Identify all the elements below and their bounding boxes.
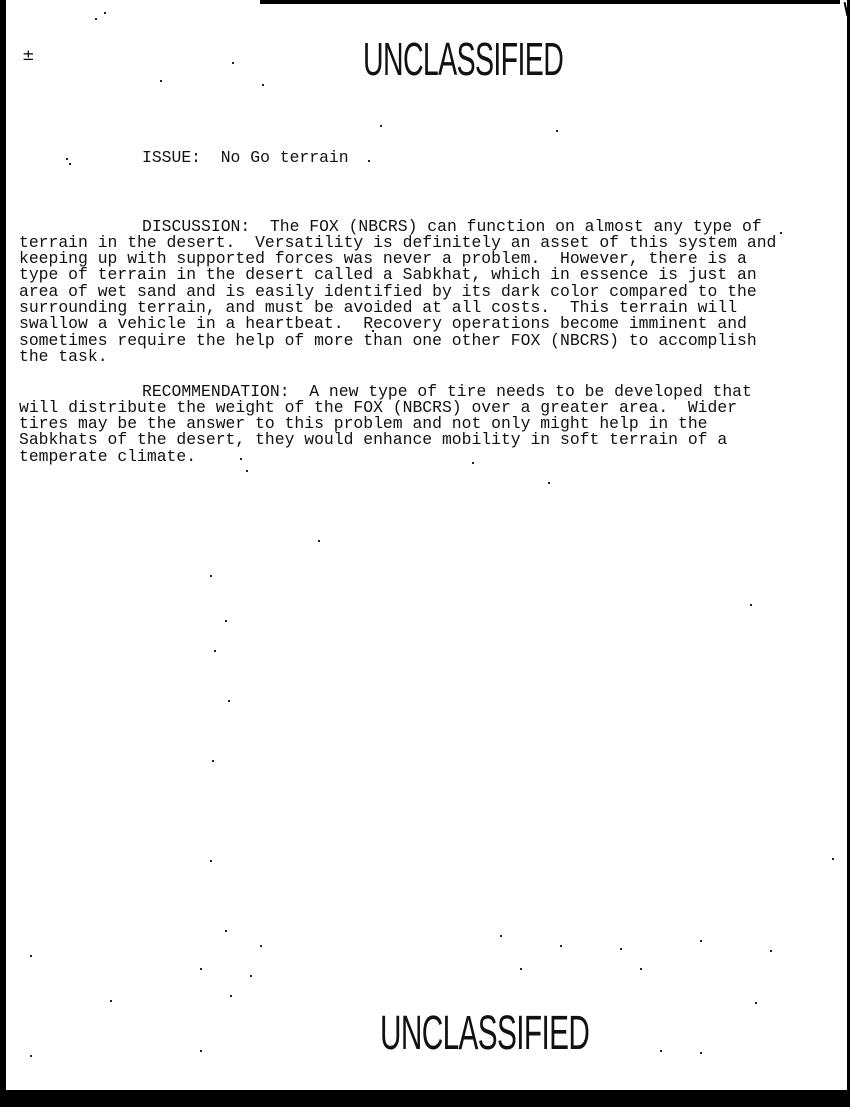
corner-mark: ± — [22, 46, 35, 64]
classification-stamp-top: UNCLASSIFIED — [363, 36, 563, 82]
recommendation-paragraph: RECOMMENDATION: A new type of tire needs… — [19, 351, 752, 498]
scanned-document-page: ± UNCLASSIFIED ISSUE: No Go terrain DISC… — [0, 0, 850, 1107]
recommendation-line: temperate climate. — [19, 449, 752, 465]
issue-line: ISSUE: No Go terrain — [142, 150, 349, 166]
issue-value: No Go terrain — [221, 148, 349, 167]
scan-edge-left — [0, 0, 6, 1090]
scan-edge-top — [260, 0, 840, 4]
classification-stamp-bottom: UNCLASSIFIED — [380, 1010, 589, 1058]
scan-edge-bottom — [0, 1090, 850, 1107]
discussion-line: sometimes require the help of more than … — [19, 333, 776, 349]
issue-label: ISSUE: — [142, 148, 201, 167]
